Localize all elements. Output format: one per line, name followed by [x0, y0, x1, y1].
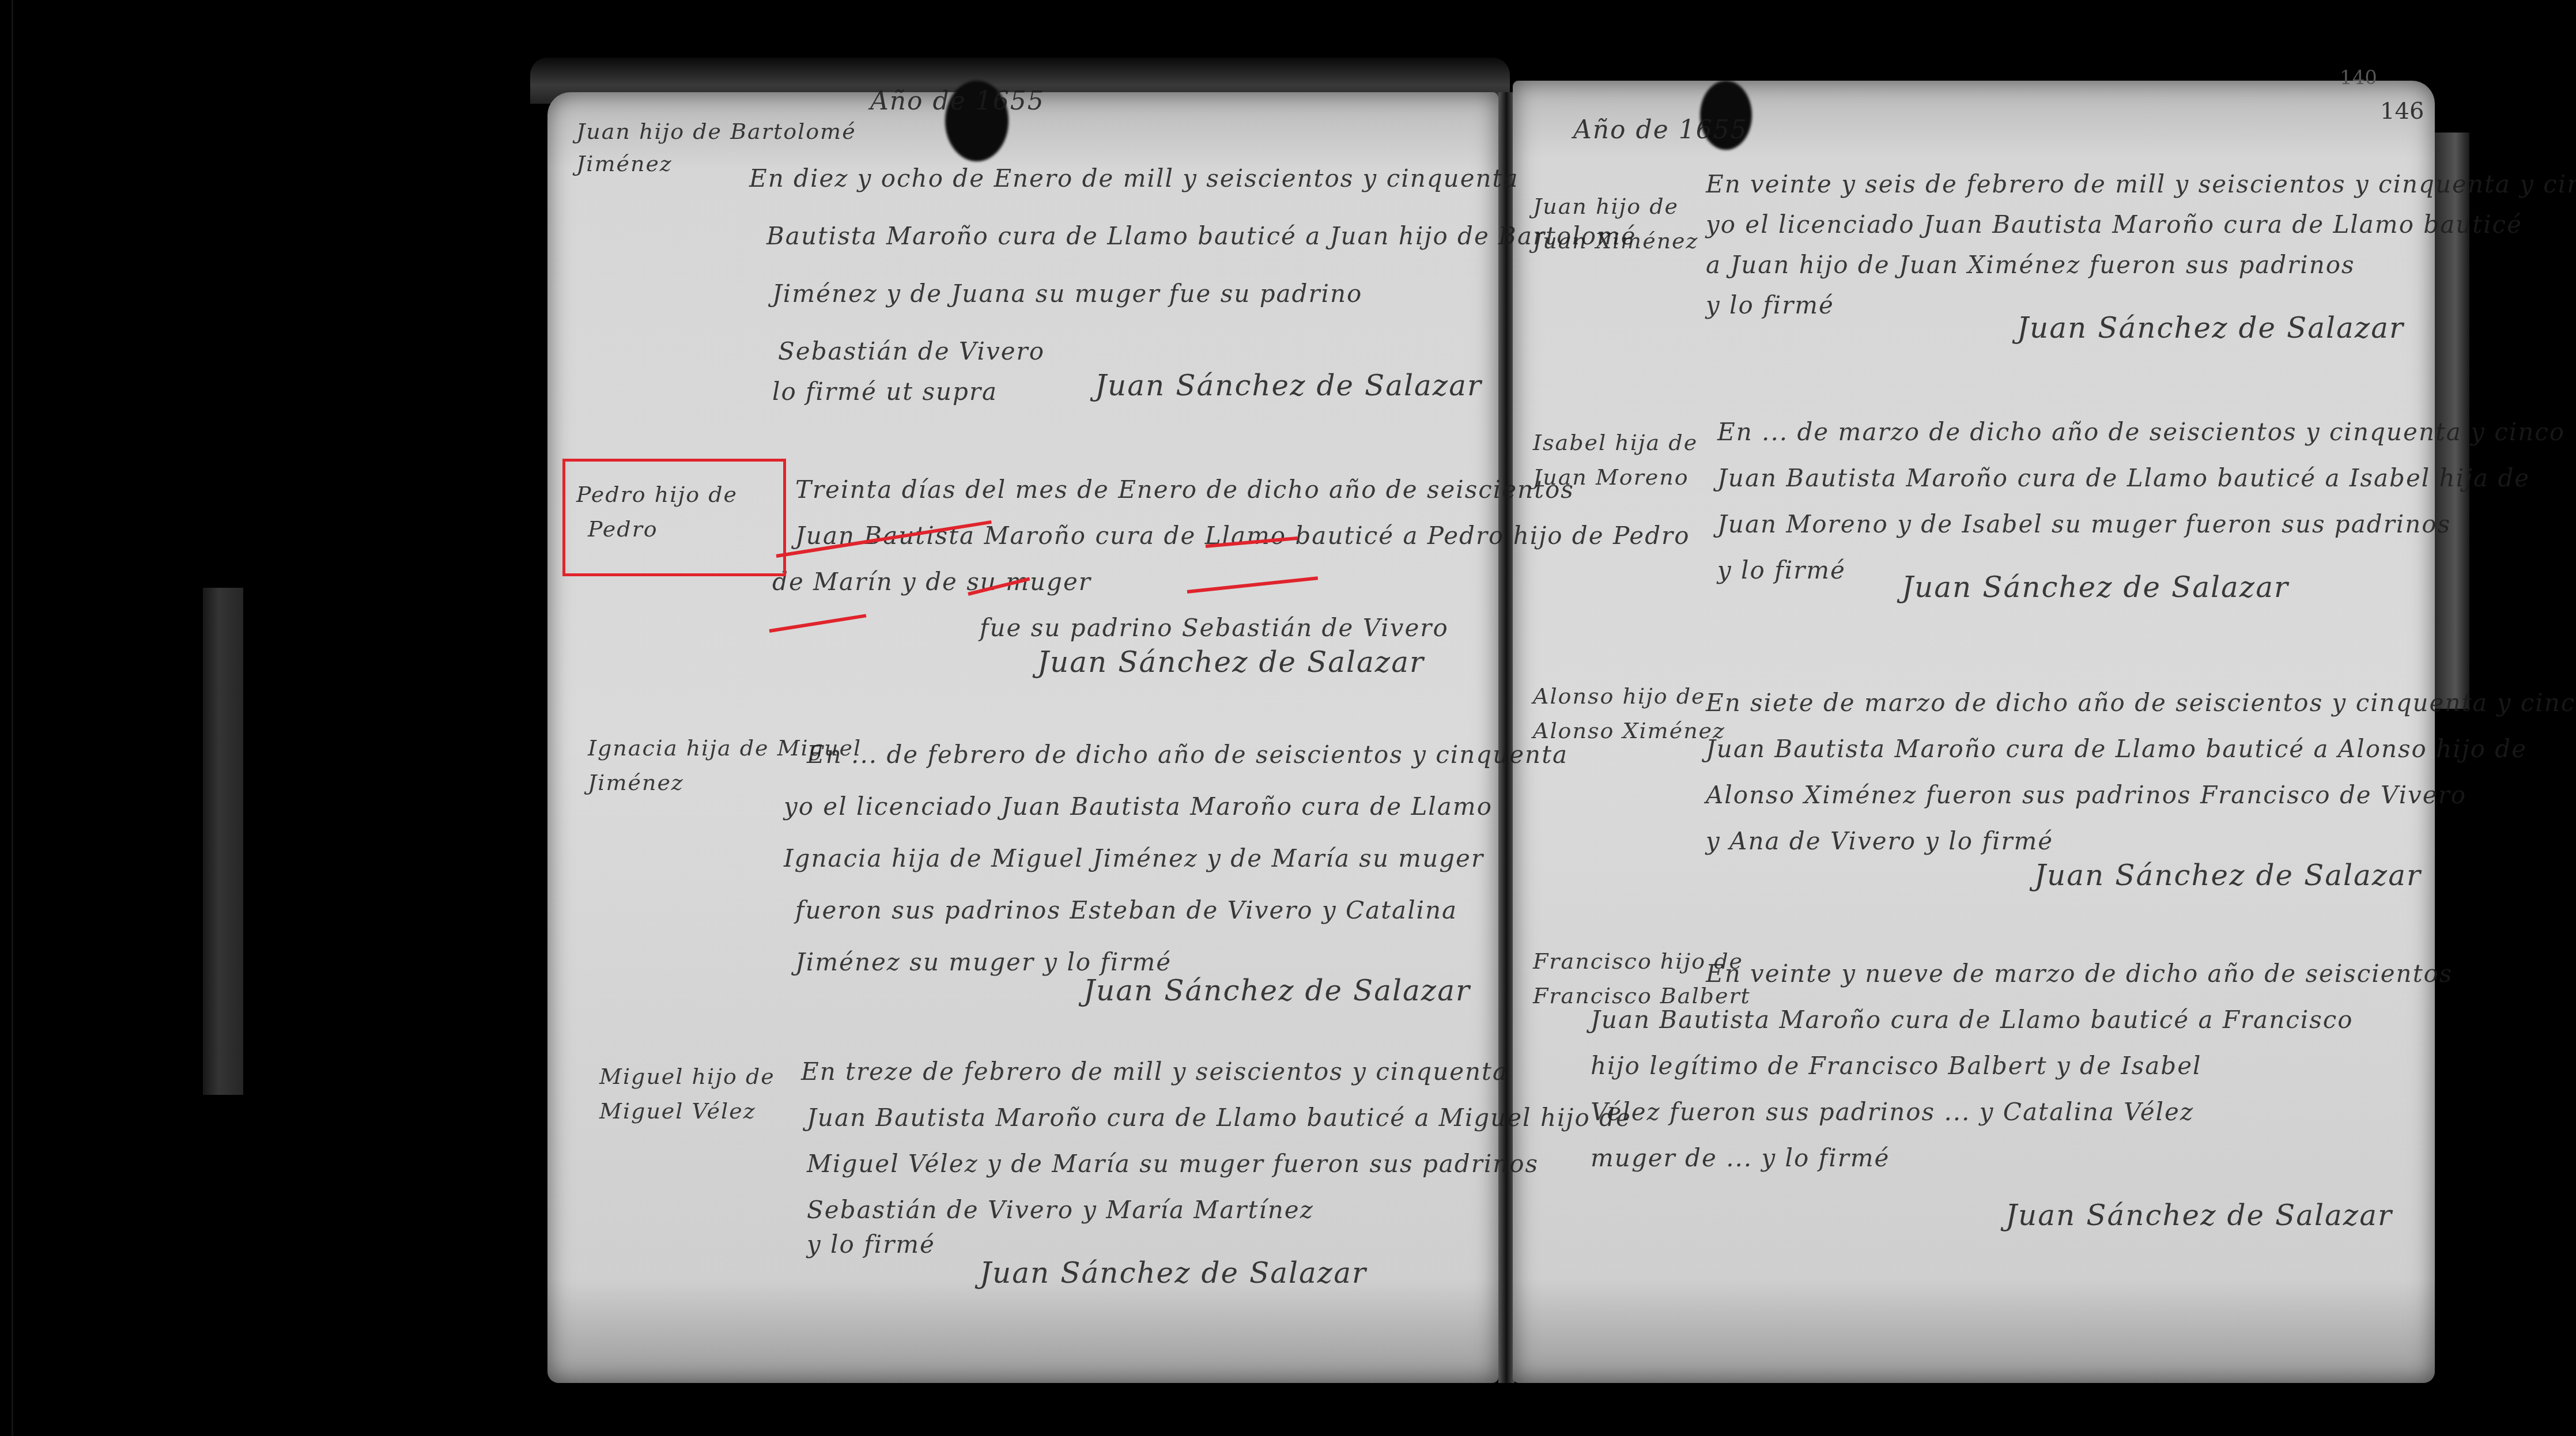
entry-line: y lo firmé: [1706, 277, 1834, 334]
scan-edge: [12, 0, 13, 1436]
entry-line: fueron sus padrinos Esteban de Vivero y …: [795, 882, 1457, 939]
page-number: 146: [2380, 98, 2424, 124]
signature: Juan Sánchez de Salazar: [980, 1256, 1367, 1290]
left-page-header: Año de 1655: [870, 86, 1045, 116]
signature: Juan Sánchez de Salazar: [2017, 311, 2404, 345]
entry-line: Bautista Maroño cura de Llamo bauticé a …: [766, 207, 1637, 265]
margin-note: Juan Moreno: [1533, 461, 1689, 493]
signature: Juan Sánchez de Salazar: [1095, 369, 1482, 402]
signature: Juan Sánchez de Salazar: [1037, 645, 1425, 679]
margin-note: Jiménez: [588, 766, 684, 799]
outer-page-number: 140: [2340, 66, 2377, 89]
entry-line: yo el licenciado Juan Bautista Maroño cu…: [784, 778, 1493, 836]
margin-note: Alonso Ximénez: [1533, 715, 1725, 747]
signature: Juan Sánchez de Salazar: [2034, 859, 2422, 892]
margin-note: Alonso hijo de: [1533, 680, 1706, 712]
entry-line: En ... de febrero de dicho año de seisci…: [807, 726, 1568, 784]
highlight-box: [562, 459, 786, 576]
entry-line: Ignacia hija de Miguel Jiménez y de Marí…: [784, 830, 1484, 887]
signature: Juan Sánchez de Salazar: [1083, 974, 1471, 1007]
entry-line: y lo firmé: [807, 1216, 935, 1273]
entry-line: muger de ... y lo firmé: [1591, 1129, 1890, 1187]
signature: Juan Sánchez de Salazar: [1902, 570, 2289, 604]
margin-note: Juan hijo de: [1533, 190, 1679, 222]
entry-line: En diez y ocho de Enero de mill y seisci…: [749, 150, 1519, 207]
margin-note: Miguel hijo de: [599, 1060, 775, 1093]
entry-line: y lo firmé: [1717, 542, 1846, 599]
entry-line: Jiménez y de Juana su muger fue su padri…: [772, 265, 1362, 323]
entry-line: y Ana de Vivero y lo firmé: [1706, 813, 2053, 870]
signature: Juan Sánchez de Salazar: [2005, 1199, 2393, 1232]
book-cover-edge: [203, 588, 243, 1095]
right-page-header: Año de 1655: [1573, 115, 1748, 145]
margin-note: Juan hijo de Bartolomé: [576, 115, 856, 148]
margin-note: Jiménez: [576, 148, 673, 180]
margin-note: Isabel hija de: [1533, 426, 1698, 459]
entry-line: lo firmé ut supra: [772, 363, 998, 421]
margin-note: Juan Ximénez: [1533, 225, 1699, 257]
margin-note: Miguel Vélez: [599, 1095, 756, 1127]
